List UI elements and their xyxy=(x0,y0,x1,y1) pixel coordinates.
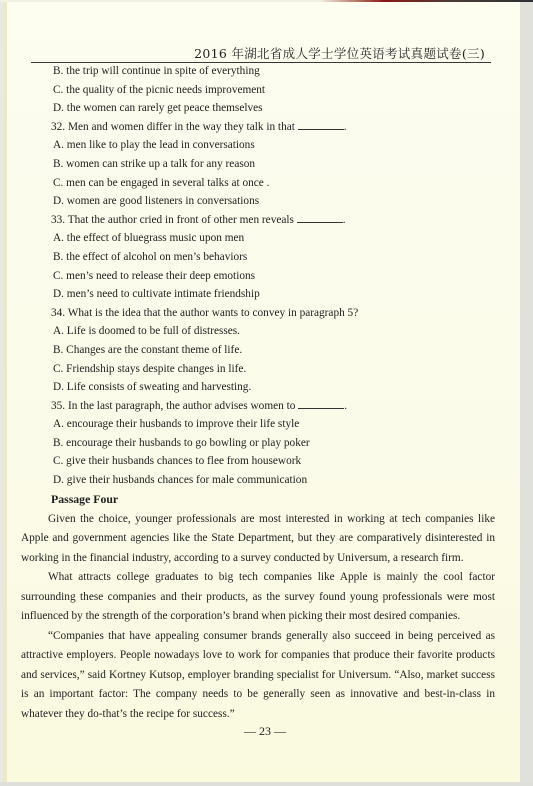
passage-paragraph: What attracts college graduates to big t… xyxy=(21,568,495,627)
answer-option: C. the quality of the picnic needs impro… xyxy=(21,81,495,100)
option-text: B. the trip will continue in spite of ev… xyxy=(53,65,260,77)
answer-option: A. encourage their husbands to improve t… xyxy=(21,415,495,434)
answer-option: D. give their husbands chances for male … xyxy=(21,471,495,490)
option-text: B. the effect of alcohol on men’s behavi… xyxy=(53,251,247,263)
option-text: C. Friendship stays despite changes in l… xyxy=(53,363,246,375)
option-text: D. women are good listeners in conversat… xyxy=(53,195,259,207)
option-text: A. Life is doomed to be full of distress… xyxy=(53,325,240,337)
answer-option: C. Friendship stays despite changes in l… xyxy=(21,360,495,379)
question-text: 34. What is the idea that the author wan… xyxy=(51,307,358,319)
answer-option: D. men’s need to cultivate intimate frie… xyxy=(21,285,495,304)
question-text: 35. In the last paragraph, the author ad… xyxy=(51,400,295,412)
answer-option: B. the trip will continue in spite of ev… xyxy=(21,62,495,81)
answer-option: B. encourage their husbands to go bowlin… xyxy=(21,434,495,453)
answer-option: B. the effect of alcohol on men’s behavi… xyxy=(21,248,495,267)
option-text: D. the women can rarely get peace themse… xyxy=(53,102,263,114)
header-title: 2016 年湖北省成人学士学位英语考试真题试卷(三) xyxy=(194,44,491,62)
passage-paragraph: Given the choice, younger professionals … xyxy=(21,510,495,569)
passage-heading: Passage Four xyxy=(21,490,495,509)
page-content: B. the trip will continue in spite of ev… xyxy=(21,62,495,724)
answer-option: C. men’s need to release their deep emot… xyxy=(21,267,495,286)
passage-body: Given the choice, younger professionals … xyxy=(21,510,495,725)
answer-blank xyxy=(298,119,344,130)
option-text: C. give their husbands chances to flee f… xyxy=(53,455,301,467)
viewer-right-edge xyxy=(520,2,533,786)
document-page: 2016 年湖北省成人学士学位英语考试真题试卷(三) B. the trip w… xyxy=(4,2,523,782)
option-text: D. Life consists of sweating and harvest… xyxy=(53,381,251,393)
answer-option: D. the women can rarely get peace themse… xyxy=(21,99,495,118)
option-text: A. men like to play the lead in conversa… xyxy=(53,139,255,151)
answer-option: A. the effect of bluegrass music upon me… xyxy=(21,229,495,248)
option-text: B. women can strike up a talk for any re… xyxy=(53,158,255,170)
option-text: A. encourage their husbands to improve t… xyxy=(53,418,299,430)
option-text: A. the effect of bluegrass music upon me… xyxy=(53,232,244,244)
option-text: C. men can be engaged in several talks a… xyxy=(53,177,269,189)
question-stem: 32. Men and women differ in the way they… xyxy=(21,118,495,137)
question-list: B. the trip will continue in spite of ev… xyxy=(21,62,495,490)
answer-blank xyxy=(297,212,343,223)
answer-option: D. Life consists of sweating and harvest… xyxy=(21,378,495,397)
question-stem: 35. In the last paragraph, the author ad… xyxy=(21,397,495,416)
answer-option: A. men like to play the lead in conversa… xyxy=(21,136,495,155)
question-text: 33. That the author cried in front of ot… xyxy=(51,214,294,226)
answer-option: B. women can strike up a talk for any re… xyxy=(21,155,495,174)
answer-option: D. women are good listeners in conversat… xyxy=(21,192,495,211)
question-stem: 33. That the author cried in front of ot… xyxy=(21,211,495,230)
passage-paragraph: “Companies that have appealing consumer … xyxy=(21,627,495,725)
answer-option: C. men can be engaged in several talks a… xyxy=(21,174,495,193)
option-text: C. the quality of the picnic needs impro… xyxy=(53,84,265,96)
answer-option: B. Changes are the constant theme of lif… xyxy=(21,341,495,360)
question-text: 32. Men and women differ in the way they… xyxy=(51,121,295,133)
question-stem: 34. What is the idea that the author wan… xyxy=(21,304,495,323)
page-number: — 23 — xyxy=(7,724,523,739)
answer-option: A. Life is doomed to be full of distress… xyxy=(21,322,495,341)
viewer-bottom-edge xyxy=(0,782,533,786)
option-text: B. encourage their husbands to go bowlin… xyxy=(53,437,310,449)
page-header: 2016 年湖北省成人学士学位英语考试真题试卷(三) xyxy=(31,44,491,63)
answer-option: C. give their husbands chances to flee f… xyxy=(21,452,495,471)
option-text: D. men’s need to cultivate intimate frie… xyxy=(53,288,260,300)
option-text: B. Changes are the constant theme of lif… xyxy=(53,344,242,356)
answer-blank xyxy=(298,398,344,409)
option-text: D. give their husbands chances for male … xyxy=(53,474,307,486)
option-text: C. men’s need to release their deep emot… xyxy=(53,270,255,282)
